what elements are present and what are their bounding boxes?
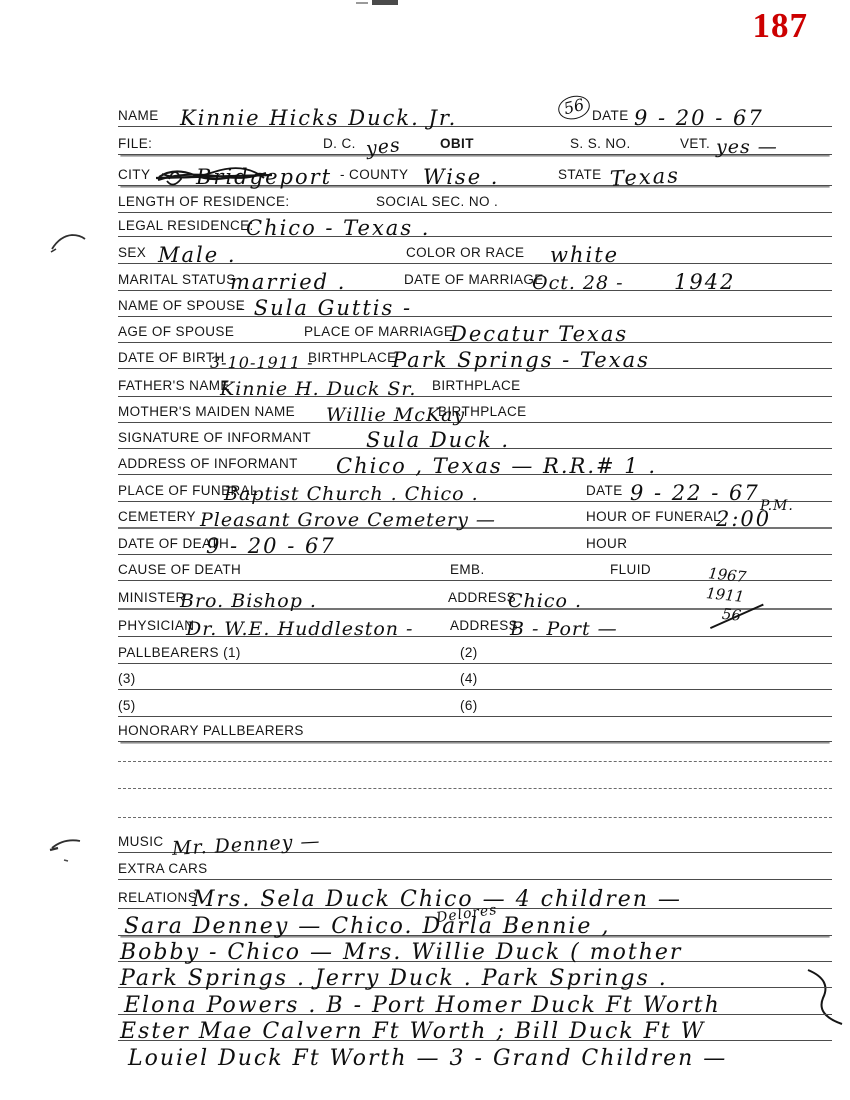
funeral-hour-ampm: P.M. [760, 498, 794, 514]
blank-line [118, 742, 832, 762]
row-marital: MARITAL STATUS married . DATE OF MARRIAG… [118, 264, 832, 291]
physician-address-label: ADDRESS [450, 618, 518, 633]
obit-label: OBIT [440, 136, 474, 151]
relations-line: Louiel Duck Ft Worth — 3 - Grand Childre… [118, 1041, 832, 1067]
calc-subtrahend: 1911 [705, 584, 745, 607]
cemetery-value: Pleasant Grove Cemetery — [200, 509, 496, 531]
father-name-label: FATHER'S NAME [118, 378, 230, 393]
row-mother: MOTHER'S MAIDEN NAME Willie McKay BIRTHP… [118, 397, 832, 423]
informant-address-label: ADDRESS OF INFORMANT [118, 456, 298, 471]
social-sec-label: SOCIAL SEC. NO . [376, 194, 498, 209]
age-circled-value: 56 [556, 92, 593, 122]
row-legal-residence: LEGAL RESIDENCE: Chico - Texas . [118, 213, 832, 237]
relations-line: Ester Mae Calvern Ft Worth ; Bill Duck F… [118, 1015, 832, 1041]
scan-edge-mark [372, 0, 398, 5]
row-death-date: DATE OF DEATH 9 - 20 - 67 HOUR [118, 529, 832, 555]
blank-line [118, 789, 832, 818]
cause-label: CAUSE OF DEATH [118, 562, 241, 577]
mother-name-label: MOTHER'S MAIDEN NAME [118, 404, 295, 419]
row-pallbearers-1-2: PALLBEARERS (1) (2) [118, 637, 832, 664]
pallbearers-label: PALLBEARERS (1) [118, 645, 241, 660]
relations-line: Sara Denney — Chico. Darla Bennie , Delo… [118, 909, 832, 936]
row-birth: DATE OF BIRTH 3-10-1911 - BIRTHPLACE Par… [118, 343, 832, 369]
scanned-funeral-record-page: 187 NAME Kinnie Hicks Duck. Jr. 56 DATE … [0, 0, 850, 1100]
pallbearer-6-label: (6) [460, 698, 478, 713]
father-birthplace-label: BIRTHPLACE [432, 378, 521, 393]
pallbearer-3-label: (3) [118, 671, 136, 686]
pallbearer-5-label: (5) [118, 698, 136, 713]
pen-mark [48, 228, 92, 256]
row-age-spouse: AGE OF SPOUSE PLACE OF MARRIAGE Decatur … [118, 317, 832, 343]
row-file: FILE: D. C. yes OBIT S. S. NO. VET. yes … [118, 127, 832, 155]
pallbearer-4-label: (4) [460, 671, 478, 686]
emb-label: EMB. [450, 562, 485, 577]
row-pallbearers-3-4: (3) (4) [118, 664, 832, 690]
row-father: FATHER'S NAME Kinnie H. Duck Sr. BIRTHPL… [118, 369, 832, 397]
legal-residence-label: LEGAL RESIDENCE: [118, 218, 254, 233]
color-race-label: COLOR OR RACE [406, 245, 524, 260]
length-residence-label: LENGTH OF RESIDENCE: [118, 194, 290, 209]
row-city: CITY Bridgeport - COUNTY Wise . STATE Te… [118, 155, 832, 186]
birth-date-label: DATE OF BIRTH [118, 350, 225, 365]
row-pallbearers-5-6: (5) (6) [118, 690, 832, 717]
birthplace-label: BIRTHPLACE [308, 350, 397, 365]
place-marriage-label: PLACE OF MARRIAGE [304, 324, 453, 339]
fluid-label: FLUID [610, 562, 651, 577]
row-funeral-place: PLACE OF FUNERAL Baptist Church . Chico … [118, 475, 832, 502]
blank-line [118, 762, 832, 789]
relations-label: RELATIONS [118, 890, 197, 905]
row-cemetery: CEMETERY Pleasant Grove Cemetery — HOUR … [118, 502, 832, 529]
page-number: 187 [753, 6, 809, 46]
marital-label: MARITAL STATUS [118, 272, 236, 287]
dc-label: D. C. [323, 136, 356, 151]
cemetery-label: CEMETERY [118, 509, 196, 524]
county-label: - COUNTY [340, 167, 408, 182]
honorary-label: HONORARY PALLBEARERS [118, 723, 304, 738]
extra-cars-label: EXTRA CARS [118, 861, 208, 876]
city-label: CITY [118, 167, 150, 182]
minister-value: Bro. Bishop . [180, 590, 317, 612]
row-name: NAME Kinnie Hicks Duck. Jr. 56 DATE 9 - … [118, 98, 832, 127]
date-label: DATE [592, 108, 629, 123]
age-spouse-label: AGE OF SPOUSE [118, 324, 234, 339]
state-label: STATE [558, 167, 602, 182]
row-length-residence: LENGTH OF RESIDENCE: SOCIAL SEC. NO . [118, 186, 832, 213]
calc-result: 56 [721, 605, 743, 627]
funeral-date-label: DATE [586, 483, 623, 498]
ssno-label: S. S. NO. [570, 136, 631, 151]
row-informant-signature: SIGNATURE OF INFORMANT Sula Duck . [118, 423, 832, 449]
row-spouse: NAME OF SPOUSE - Sula Guttis - [118, 291, 832, 317]
pen-mark [44, 832, 92, 864]
sex-label: SEX [118, 245, 146, 260]
file-label: FILE: [118, 136, 152, 151]
minister-address-label: ADDRESS [448, 590, 516, 605]
row-extra-cars: EXTRA CARS [118, 853, 832, 880]
minister-address-value: Chico . [508, 590, 582, 612]
relations-line: Bobby - Chico — Mrs. Willie Duck ( mothe… [118, 936, 832, 962]
age-calculation: 1967 1911 56 [703, 564, 747, 626]
funeral-hour-label: HOUR OF FUNERAL [586, 509, 721, 524]
funeral-record-form: NAME Kinnie Hicks Duck. Jr. 56 DATE 9 - … [118, 98, 832, 1067]
mother-birthplace-label: BIRTHPLACE [438, 404, 527, 419]
pallbearer-2-label: (2) [460, 645, 478, 660]
spouse-label: NAME OF SPOUSE [118, 298, 245, 313]
hour-label: HOUR [586, 536, 627, 551]
physician-label: PHYSICIAN [118, 618, 194, 633]
marriage-date-label: DATE OF MARRIAGE [404, 272, 544, 287]
vet-label: VET. [680, 136, 710, 151]
relations-line: Elona Powers . B - Port Homer Duck Ft Wo… [118, 988, 832, 1015]
scan-edge-mark-faint [356, 2, 368, 4]
informant-signature-label: SIGNATURE OF INFORMANT [118, 430, 311, 445]
row-sex: SEX Male . COLOR OR RACE white [118, 237, 832, 264]
name-label: NAME [118, 108, 159, 123]
relations-line-text: Louiel Duck Ft Worth — 3 - Grand Childre… [128, 1046, 727, 1071]
row-informant-address: ADDRESS OF INFORMANT Chico , Texas — R.R… [118, 449, 832, 475]
row-music: MUSIC Mr. Denney — [118, 818, 832, 853]
row-honorary: HONORARY PALLBEARERS [118, 717, 832, 742]
music-label: MUSIC [118, 834, 164, 849]
minister-label: MINISTER [118, 590, 186, 605]
relations-line: Park Springs . Jerry Duck . Park Springs… [118, 962, 832, 988]
